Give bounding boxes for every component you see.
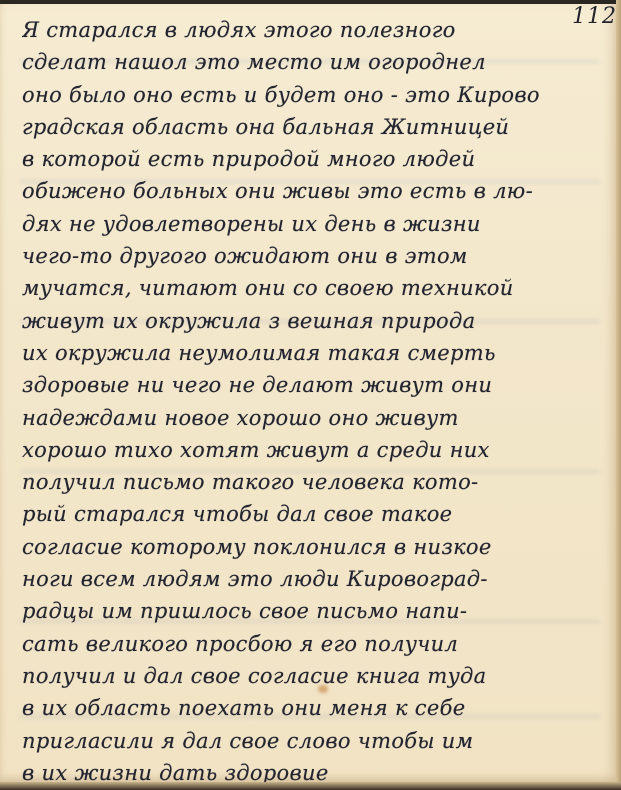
text-line: Я старался в людях этого полезного xyxy=(22,14,592,46)
text-line: сделат нашол это место им огороднел xyxy=(22,46,592,78)
text-line: пригласили я дал свое слово чтобы им xyxy=(22,725,592,757)
text-line: оно было оно есть и будет оно - это Киро… xyxy=(22,79,592,111)
text-line: их окружила неумолимая такая смерть xyxy=(22,337,592,369)
text-line: дях не удовлетворены их день в жизни xyxy=(22,208,592,240)
text-line: получил письмо такого человека кото- xyxy=(22,466,592,498)
text-line: градская область она бальная Житницей xyxy=(22,111,592,143)
text-line: живут их окружила з вешная природа xyxy=(22,305,592,337)
handwritten-text-block: Я старался в людях этого полезного сдела… xyxy=(22,14,592,789)
text-line: радцы им пришлось свое письмо напи- xyxy=(22,595,592,627)
manuscript-page: 112 Я старался в людях этого полезного с… xyxy=(0,0,616,782)
page-top-edge xyxy=(0,0,621,4)
text-line: в их область поехать они меня к себе xyxy=(22,692,592,724)
text-line: ноги всем людям это люди Кировоград- xyxy=(22,563,592,595)
text-line: согласие которому поклонился в низкое xyxy=(22,531,592,563)
paper-stain xyxy=(318,685,328,693)
text-line: в которой есть природой много людей xyxy=(22,143,592,175)
text-line: чего-то другого ожидают они в этом xyxy=(22,240,592,272)
text-line: обижено больных они живы это есть в лю- xyxy=(22,175,592,207)
text-line: мучатся, читают они со своею техникой xyxy=(22,272,592,304)
text-line: здоровые ни чего не делают живут они xyxy=(22,369,592,401)
page-bottom-edge xyxy=(0,782,621,790)
text-line: хорошо тихо хотят живут а среди них xyxy=(22,434,592,466)
text-line: рый старался чтобы дал свое такое xyxy=(22,498,592,530)
text-line: получил и дал свое согласие книга туда xyxy=(22,660,592,692)
text-line: сать великого просбою я его получил xyxy=(22,628,592,660)
text-line: надеждами новое хорошо оно живут xyxy=(22,402,592,434)
page-right-edge xyxy=(616,0,621,790)
